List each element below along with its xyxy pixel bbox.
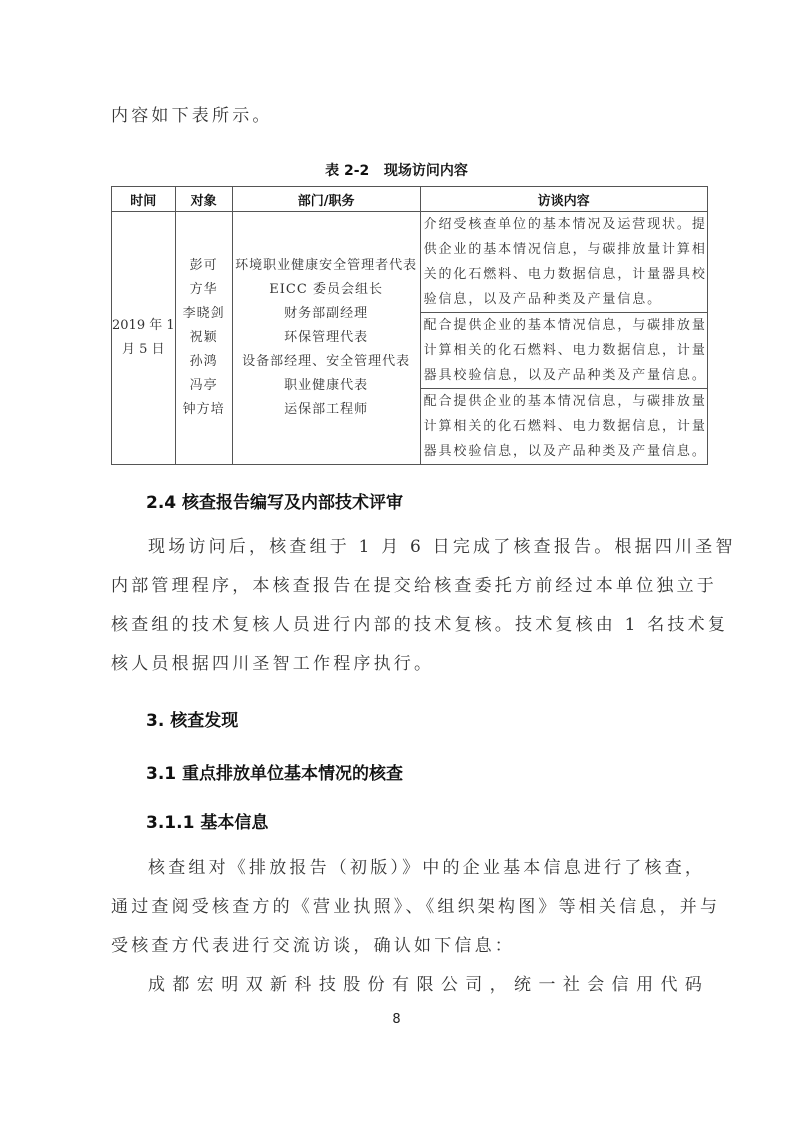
person-cell: 彭可 方华 李晓剑 祝颖 孙鸿 冯亭 钟方培 xyxy=(175,212,232,465)
content-cell-2: 配合提供企业的基本情况信息，与碳排放量 计算相关的化石燃料、电力数据信息，计量 … xyxy=(420,313,707,389)
page-number: 8 xyxy=(0,1012,793,1027)
content-line: 验信息，以及产品种类及产量信息。 xyxy=(424,287,707,312)
paragraph-2-4: 现场访问后，核查组于 1 月 6 日完成了核查报告。根据四川圣智 内部管理程序，… xyxy=(111,528,736,684)
header-department: 部门/职务 xyxy=(232,187,420,212)
paragraph-line: 内部管理程序，本核查报告在提交给核查委托方前经过本单位独立于 xyxy=(111,567,736,606)
department-title: 运保部工程师 xyxy=(233,398,420,422)
content-line: 器具校验信息，以及产品种类及产量信息。 xyxy=(424,363,707,388)
paragraph-line: 成 都 宏 明 双 新 科 技 股 份 有 限 公 司 ， 统 一 社 会 信 … xyxy=(111,966,720,1005)
header-time: 时间 xyxy=(112,187,176,212)
content-line: 关的化石燃料、电力数据信息，计量器具校 xyxy=(424,262,707,287)
header-content: 访谈内容 xyxy=(420,187,707,212)
content-cell-3: 配合提供企业的基本情况信息，与碳排放量 计算相关的化石燃料、电力数据信息，计量 … xyxy=(420,389,707,465)
table-header-row: 时间 对象 部门/职务 访谈内容 xyxy=(112,187,708,212)
content-line: 器具校验信息，以及产品种类及产量信息。 xyxy=(424,439,707,464)
content-line: 计算相关的化石燃料、电力数据信息，计量 xyxy=(424,338,707,363)
department-cell: 环境职业健康安全管理者代表 EICC 委员会组长 财务部副经理 环保管理代表 设… xyxy=(232,212,420,465)
content-line: 配合提供企业的基本情况信息，与碳排放量 xyxy=(424,389,707,414)
content-line: 配合提供企业的基本情况信息，与碳排放量 xyxy=(424,313,707,338)
content-line: 介绍受核查单位的基本情况及运营现状。提 xyxy=(424,212,707,237)
time-line: 月 5 日 xyxy=(112,338,175,362)
paragraph-line: 核人员根据四川圣智工作程序执行。 xyxy=(111,645,736,684)
paragraph-line: 核查组的技术复核人员进行内部的技术复核。技术复核由 1 名技术复 xyxy=(111,606,736,645)
visit-table: 时间 对象 部门/职务 访谈内容 2019 年 1 月 5 日 彭可 方华 李晓… xyxy=(111,186,708,465)
department-title: 职业健康代表 xyxy=(233,374,420,398)
person-name: 孙鸿 xyxy=(176,350,232,374)
department-title: 环保管理代表 xyxy=(233,326,420,350)
person-name: 李晓剑 xyxy=(176,302,232,326)
time-cell: 2019 年 1 月 5 日 xyxy=(112,212,176,465)
header-person: 对象 xyxy=(175,187,232,212)
department-title: EICC 委员会组长 xyxy=(233,278,420,302)
department-title: 环境职业健康安全管理者代表 xyxy=(233,254,420,278)
heading-2-4: 2.4 核查报告编写及内部技术评审 xyxy=(146,488,403,513)
heading-3-1: 3.1 重点排放单位基本情况的核查 xyxy=(146,759,403,784)
heading-3-1-1: 3.1.1 基本信息 xyxy=(146,808,268,833)
person-name: 彭可 xyxy=(176,254,232,278)
paragraph-line: 现场访问后，核查组于 1 月 6 日完成了核查报告。根据四川圣智 xyxy=(111,528,736,567)
intro-line: 内容如下表所示。 xyxy=(111,97,273,136)
person-name: 祝颖 xyxy=(176,326,232,350)
department-title: 财务部副经理 xyxy=(233,302,420,326)
paragraph-line: 通过查阅受核查方的《营业执照》、《组织架构图》等相关信息，并与 xyxy=(111,888,720,927)
department-title: 设备部经理、安全管理代表 xyxy=(233,350,420,374)
content-cell-1: 介绍受核查单位的基本情况及运营现状。提 供企业的基本情况信息，与碳排放量计算相 … xyxy=(420,212,707,313)
table-row: 2019 年 1 月 5 日 彭可 方华 李晓剑 祝颖 孙鸿 冯亭 钟方培 环境… xyxy=(112,212,708,313)
person-name: 冯亭 xyxy=(176,374,232,398)
content-line: 计算相关的化石燃料、电力数据信息，计量 xyxy=(424,414,707,439)
content-line: 供企业的基本情况信息，与碳排放量计算相 xyxy=(424,237,707,262)
paragraph-line: 核查组对《排放报告（初版）》中的企业基本信息进行了核查， xyxy=(111,849,720,888)
person-name: 钟方培 xyxy=(176,398,232,422)
paragraph-line: 受核查方代表进行交流访谈，确认如下信息： xyxy=(111,927,720,966)
paragraph-3-1-1: 核查组对《排放报告（初版）》中的企业基本信息进行了核查， 通过查阅受核查方的《营… xyxy=(111,849,720,1005)
heading-3: 3. 核查发现 xyxy=(146,706,238,731)
person-name: 方华 xyxy=(176,278,232,302)
table-caption: 表 2-2 现场访问内容 xyxy=(0,160,793,180)
time-line: 2019 年 1 xyxy=(112,314,175,338)
